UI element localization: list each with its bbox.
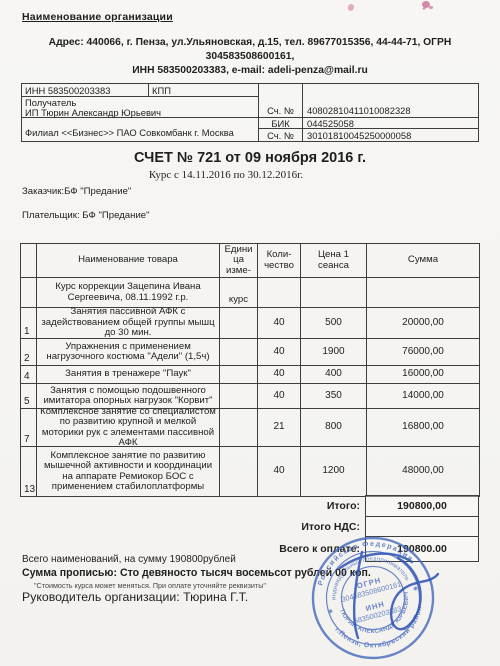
- org-name-label: Наименование организации: [22, 11, 173, 23]
- col-header-price: Цена 1 сеанса: [301, 244, 367, 278]
- director-line: Руководитель организации: Тюрина Г.Т.: [22, 590, 248, 604]
- bank-branch-cell: Филиал <<Бизнес>> ПАО Совкомбанк г. Моск…: [22, 118, 258, 141]
- items-summary-line: Всего наименований, на сумму 190800рубле…: [22, 554, 236, 565]
- item-qty: 40: [258, 384, 301, 409]
- col-header-num: [21, 244, 37, 278]
- row-num: 13: [21, 447, 37, 496]
- address-line-1: Адрес: 440066, г. Пенза, ул.Ульяновская,…: [30, 36, 470, 64]
- item-sum: 20000,00: [367, 308, 479, 339]
- itogo-value: 190800,00: [365, 495, 479, 517]
- row-num: 4: [21, 366, 37, 384]
- bik-label: БИК: [259, 118, 302, 129]
- item-unit: курс: [220, 278, 258, 308]
- bank-left-block: ИНН 583500203383 КПП Получатель ИП Тюрин…: [22, 84, 259, 141]
- item-sum: 76000,00: [367, 339, 479, 366]
- account-label: Сч. №: [259, 84, 302, 118]
- org-address: Адрес: 440066, г. Пенза, ул.Ульяновская,…: [30, 36, 470, 78]
- item-unit: [220, 447, 258, 496]
- row-num: 5: [21, 384, 37, 409]
- item-qty: 40: [258, 308, 301, 339]
- payer-line: Плательщик: БФ "Предание": [22, 210, 150, 221]
- item-name: Упражнения с применением нагрузочного ко…: [37, 339, 220, 366]
- item-price: 350: [301, 384, 367, 409]
- inn-cell: ИНН 583500203383: [22, 84, 149, 96]
- invoice-title: СЧЕТ № 721 от 09 ноября 2016 г.: [0, 150, 500, 166]
- item-price: 1200: [301, 447, 367, 496]
- item-unit: [220, 409, 258, 447]
- item-qty: 21: [258, 409, 301, 447]
- col-header-unit: Единица изме-: [220, 244, 258, 278]
- recipient-cell: Получатель ИП Тюрин Александр Юрьевич: [22, 97, 258, 118]
- col-header-sum: Сумма: [367, 244, 479, 278]
- director-signature: [332, 538, 444, 650]
- signature-stroke: [354, 552, 362, 638]
- col-header-qty: Коли-чество: [258, 244, 301, 278]
- item-sum: 16800,00: [367, 409, 479, 447]
- itogo-label: Итого:: [160, 495, 360, 517]
- items-table: Наименование товара Единица изме- Коли-ч…: [20, 243, 480, 497]
- item-unit: [220, 308, 258, 339]
- corr-account-label: Сч. №: [259, 129, 302, 141]
- item-name: Занятия пассивной АФК с задействованием …: [37, 308, 220, 339]
- bank-details-table: ИНН 583500203383 КПП Получатель ИП Тюрин…: [21, 83, 479, 142]
- item-price: 500: [301, 308, 367, 339]
- customer-line: Заказчик:БФ "Предание": [22, 186, 131, 197]
- item-sum: 16000,00: [367, 366, 479, 384]
- item-unit: [220, 339, 258, 366]
- address-line-2: ИНН 583500203383, e-mail: adeli-penza@ma…: [30, 64, 470, 78]
- bank-labels-column: Сч. № БИК Сч. №: [259, 84, 303, 141]
- item-sum: 48000,00: [367, 447, 479, 496]
- bik-value: 044525058: [303, 118, 478, 129]
- recipient-name: ИП Тюрин Александр Юрьевич: [25, 108, 258, 118]
- item-price: [301, 278, 367, 308]
- item-price: 1900: [301, 339, 367, 366]
- row-num: [21, 278, 37, 308]
- row-num: 1: [21, 308, 37, 339]
- account-number: 40802810411010082328: [303, 84, 478, 118]
- item-price: 800: [301, 409, 367, 447]
- item-name: Курс коррекции Зацепина Ивана Сергеевича…: [37, 278, 220, 308]
- item-qty: [258, 278, 301, 308]
- corr-account-number: 30101810045250000058: [303, 129, 478, 141]
- scan-ink-mark: [422, 1, 430, 8]
- item-name: Комплексное занятие со специалистом по р…: [37, 409, 220, 447]
- item-sum: [367, 278, 479, 308]
- row-num: 2: [21, 339, 37, 366]
- kpp-cell: КПП: [149, 84, 258, 96]
- item-name: Комплексное занятие по развитию мышечной…: [37, 447, 220, 496]
- item-sum: 14000,00: [367, 384, 479, 409]
- item-qty: 40: [258, 447, 301, 496]
- item-qty: 40: [258, 366, 301, 384]
- invoice-document: Наименование организации Адрес: 440066, …: [0, 0, 500, 666]
- item-name: Занятия в тренажере "Паук": [37, 366, 220, 384]
- item-qty: 40: [258, 339, 301, 366]
- scan-ink-mark: [347, 3, 355, 12]
- bank-values-column: 40802810411010082328 044525058 301018100…: [303, 84, 478, 141]
- price-change-note: "Стоимость курса может меняться. При опл…: [34, 581, 266, 590]
- item-name: Занятия с помощью подошвенного имитатора…: [37, 384, 220, 409]
- item-unit: [220, 384, 258, 409]
- item-price: 400: [301, 366, 367, 384]
- row-num: 7: [21, 409, 37, 447]
- col-header-name: Наименование товара: [37, 244, 220, 278]
- signature-stroke: [391, 558, 438, 629]
- item-unit: [220, 366, 258, 384]
- invoice-period: Курс с 14.11.2016 по 30.12.2016г.: [0, 169, 452, 181]
